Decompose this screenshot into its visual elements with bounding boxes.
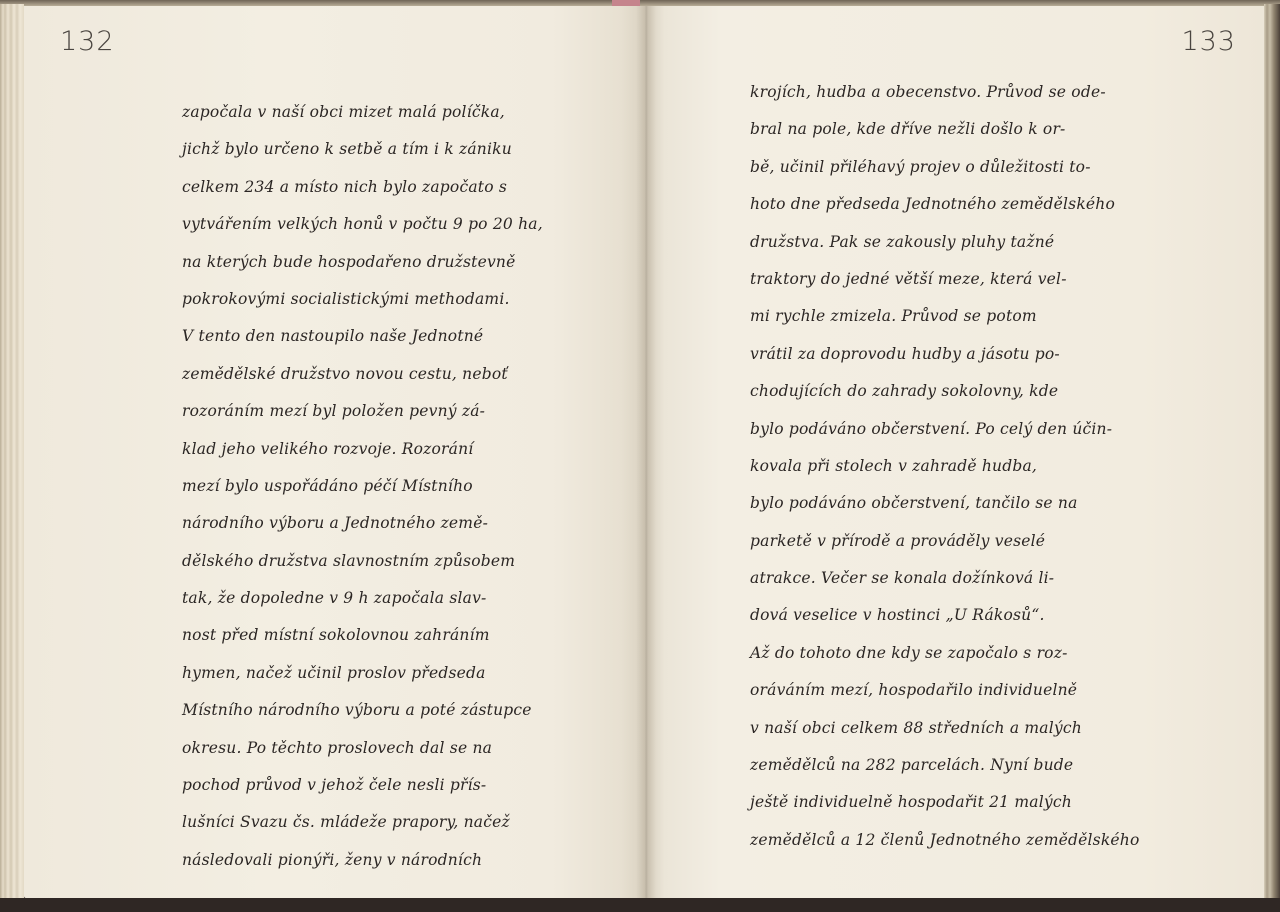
right-page-stack-edge	[1264, 4, 1280, 900]
text-line: bě, učinil přiléhavý projev o důležitost…	[750, 149, 1150, 186]
text-line: na kterých bude hospodařeno družstevně	[182, 244, 602, 281]
text-line: V tento den nastoupilo naše Jednotné	[182, 318, 602, 355]
text-line: krojích, hudba a obecenstvo. Průvod se o…	[750, 74, 1150, 111]
text-line: tak, že dopoledne v 9 h započala slav-	[182, 580, 602, 617]
text-line: mi rychle zmizela. Průvod se potom	[750, 298, 1150, 335]
text-line: mezí bylo uspořádáno péčí Místního	[182, 468, 602, 505]
text-line: zemědělců na 282 parcelách. Nyní bude	[750, 747, 1150, 784]
text-line: Místního národního výboru a poté zástupc…	[182, 692, 602, 729]
text-line: družstva. Pak se zakously pluhy tažné	[750, 224, 1150, 261]
text-line: rozoráním mezí byl položen pevný zá-	[182, 393, 602, 430]
text-line: pokrokovými socialistickými methodami.	[182, 281, 602, 318]
text-line: následovali pionýři, ženy v národních	[182, 842, 602, 879]
text-line: klad jeho velikého rozvoje. Rozorání	[182, 431, 602, 468]
right-page: 133 krojích, hudba a obecenstvo. Průvod …	[646, 6, 1264, 898]
text-line: zemědělské družstvo novou cestu, neboť	[182, 356, 602, 393]
text-line: vrátil za doprovodu hudby a jásotu po-	[750, 336, 1150, 373]
left-page-stack-edge	[0, 4, 24, 900]
text-line: národního výboru a Jednotného země-	[182, 505, 602, 542]
text-line: celkem 234 a místo nich bylo započato s	[182, 169, 602, 206]
handwritten-text-right: krojích, hudba a obecenstvo. Průvod se o…	[750, 74, 1150, 859]
text-line: ještě individuelně hospodařit 21 malých	[750, 784, 1150, 821]
text-line: lušníci Svazu čs. mládeže prapory, načež	[182, 804, 602, 841]
text-line: nost před místní sokolovnou zahráním	[182, 617, 602, 654]
text-line: bylo podáváno občerstvení. Po celý den ú…	[750, 411, 1150, 448]
text-line: bylo podáváno občerstvení, tančilo se na	[750, 485, 1150, 522]
text-line: dělského družstva slavnostním způsobem	[182, 543, 602, 580]
text-line: parketě v přírodě a prováděly veselé	[750, 523, 1150, 560]
text-line: vytvářením velkých honů v počtu 9 po 20 …	[182, 206, 602, 243]
text-line: dová veselice v hostinci „U Rákosů“.	[750, 597, 1150, 634]
page-number-left: 132	[60, 26, 115, 57]
text-line: okresu. Po těchto proslovech dal se na	[182, 730, 602, 767]
text-line: oráváním mezí, hospodařilo individuelně	[750, 672, 1150, 709]
text-line: započala v naší obci mizet malá políčka,	[182, 94, 602, 131]
text-line: hymen, načež učinil proslov předseda	[182, 655, 602, 692]
text-line: traktory do jedné větší meze, která vel-	[750, 261, 1150, 298]
text-line: chodujících do zahrady sokolovny, kde	[750, 373, 1150, 410]
text-line: jichž bylo určeno k setbě a tím i k záni…	[182, 131, 602, 168]
text-line: kovala při stolech v zahradě hudba,	[750, 448, 1150, 485]
left-page: 132 započala v naší obci mizet malá polí…	[24, 6, 646, 898]
text-line: pochod průvod v jehož čele nesli přís-	[182, 767, 602, 804]
text-line: v naší obci celkem 88 středních a malých	[750, 710, 1150, 747]
handwritten-text-left: započala v naší obci mizet malá políčka,…	[182, 94, 602, 879]
text-line: atrakce. Večer se konala dožínková li-	[750, 560, 1150, 597]
book-bottom-edge	[0, 898, 1280, 912]
open-book-scan: 132 započala v naší obci mizet malá polí…	[0, 0, 1280, 912]
text-line: hoto dne předseda Jednotného zemědělskéh…	[750, 186, 1150, 223]
text-line: bral na pole, kde dříve nežli došlo k or…	[750, 111, 1150, 148]
text-line: zemědělců a 12 členů Jednotného zeměděls…	[750, 822, 1150, 859]
page-number-right: 133	[1181, 26, 1236, 57]
text-line: Až do tohoto dne kdy se započalo s roz-	[750, 635, 1150, 672]
